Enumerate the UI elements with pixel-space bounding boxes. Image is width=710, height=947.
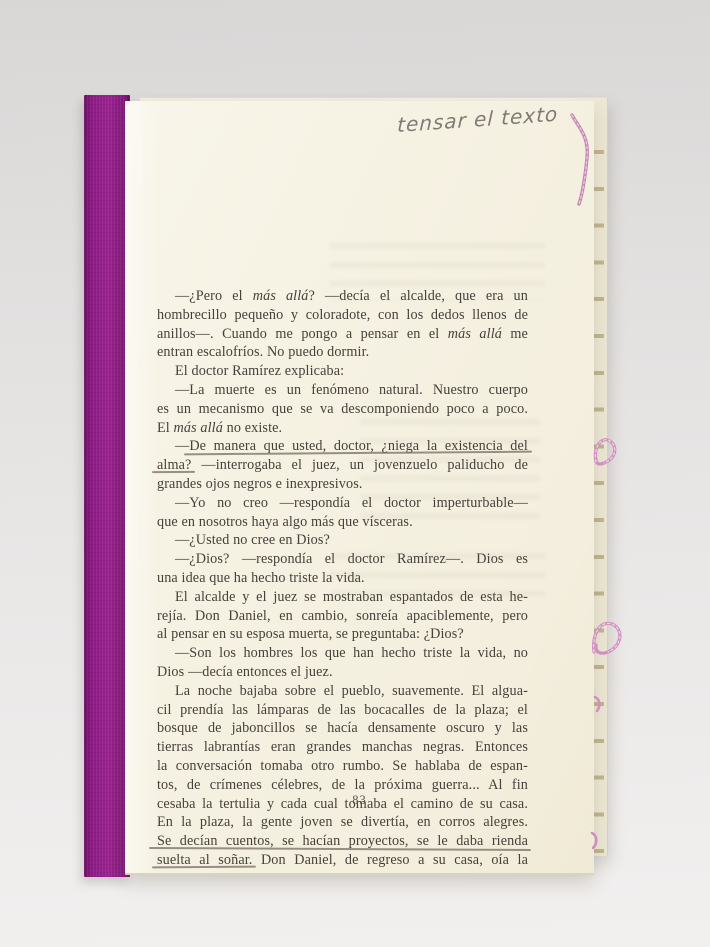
text-segment: que en nosotros haya algo más que víscer… [157,514,413,530]
text-segment: Don Daniel, de regreso a su casa, oía la [252,852,528,868]
text-line: —La muerte es un fenómeno natural. Nuest… [157,381,528,400]
book-page: tensar el texto —¿Pero el más allá? —dec… [125,101,594,873]
text-segment: —¿Dios? —respondía el doctor Ramírez—. D… [175,551,528,567]
text-segment: no existe. [223,420,282,436]
text-segment: cil prendía las lámparas de las bocacall… [157,702,528,718]
pencil-underlined-text: De manera que usted, doctor, ¿niega la e… [189,438,528,454]
text-segment: más allá [253,288,309,304]
text-segment: El doctor Ramírez explicaba: [175,363,344,379]
text-line: tierras labrantías eran grandes manchas … [157,738,528,757]
text-segment: tierras labrantías eran grandes manchas … [157,739,528,755]
text-segment: —interrogaba el juez, un jovenzuelo pali… [191,457,528,473]
text-line: anillos—. Cuando me pongo a pensar en el… [157,325,528,344]
text-segment: —La muerte es un fenómeno natural. Nuest… [175,382,528,398]
text-line: Se decían cuentos, se hacían proyectos, … [157,832,528,851]
text-line: En la plaza, la gente joven se divertía,… [157,813,528,832]
text-line: El doctor Ramírez explicaba: [157,362,528,381]
text-line: entran escalofríos. No puedo dormir. [157,343,528,362]
text-segment: El alcalde y el juez se mostraban espant… [175,589,528,605]
text-line: rejía. Don Daniel, en cambio, sonreía ap… [157,607,528,626]
text-segment: En la plaza, la gente joven se divertía,… [157,814,528,830]
text-line: —¿Usted no cree en Dios? [157,531,528,550]
text-segment: una idea que ha hecho triste la vida. [157,570,365,586]
text-line: es un mecanismo que se va descomponiendo… [157,400,528,419]
text-line: la conversación tomaba otro rumbo. Se ha… [157,757,528,776]
text-segment: La noche bajaba sobre el pueblo, suaveme… [175,683,528,699]
text-segment: — [175,438,189,454]
page-number: 83 [125,793,594,808]
text-line: bosque de jaboncillos se hacía densament… [157,719,528,738]
text-line: una idea que ha hecho triste la vida. [157,569,528,588]
photo-background: tensar el texto —¿Pero el más allá? —dec… [0,0,710,947]
text-segment: es un mecanismo que se va descomponiendo… [157,401,528,417]
text-segment: tos, de crímenes célebres, de la próxima… [157,777,528,793]
text-line: El más allá no existe. [157,419,528,438]
text-segment: al pensar en su esposa muerta, se pregun… [157,626,464,642]
text-segment: —Yo no creo —respondía el doctor impertu… [175,495,528,511]
handwritten-note: tensar el texto [397,99,597,137]
text-segment: me [502,326,528,342]
text-segment: —¿Pero el [175,288,253,304]
text-line: —¿Pero el más allá? —decía el alcalde, q… [157,287,528,306]
text-segment: más allá [448,326,502,342]
text-line: —De manera que usted, doctor, ¿niega la … [157,437,528,456]
text-line: tos, de crímenes célebres, de la próxima… [157,776,528,795]
text-line: —Son los hombres los que han hecho trist… [157,644,528,663]
text-line: La noche bajaba sobre el pueblo, suaveme… [157,682,528,701]
text-line: —Yo no creo —respondía el doctor impertu… [157,494,528,513]
text-line: suelta al soñar. Don Daniel, de regreso … [157,851,528,870]
text-segment: bosque de jaboncillos se hacía densament… [157,720,528,736]
book-spine-cloth [84,95,130,877]
text-segment: anillos—. Cuando me pongo a pensar en el [157,326,448,342]
text-line: al pensar en su esposa muerta, se pregun… [157,625,528,644]
text-segment: la conversación tomaba otro rumbo. Se ha… [157,758,528,774]
text-line: El alcalde y el juez se mostraban espant… [157,588,528,607]
text-line: —¿Dios? —respondía el doctor Ramírez—. D… [157,550,528,569]
text-segment: ? —decía el alcalde, que era un [309,288,528,304]
text-segment: grandes ojos negros e inexpresivos. [157,476,363,492]
text-segment: Se decían cuentos, se hacían proyectos, … [157,833,528,849]
text-segment: hombrecillo pequeño y coloradote, con lo… [157,307,528,323]
text-line: hombrecillo pequeño y coloradote, con lo… [157,306,528,325]
text-segment: Dios —decía entonces el juez. [157,664,333,680]
text-segment: —Son los hombres los que han hecho trist… [175,645,528,661]
text-segment: —¿Usted no cree en Dios? [175,532,330,548]
text-line: Dios —decía entonces el juez. [157,663,528,682]
text-segment: rejía. Don Daniel, en cambio, sonreía ap… [157,608,528,624]
text-line: que en nosotros haya algo más que víscer… [157,513,528,532]
text-line: cil prendía las lámparas de las bocacall… [157,701,528,720]
pencil-underlined-text: alma? [157,457,191,473]
text-line: alma? —interrogaba el juez, un jovenzuel… [157,456,528,475]
pencil-underlined-text: suelta al soñar. [157,852,252,868]
text-block: —¿Pero el más allá? —decía el alcalde, q… [157,287,528,870]
text-segment: El [157,420,174,436]
text-segment: entran escalofríos. No puedo dormir. [157,344,369,360]
text-segment: más allá [174,420,223,436]
text-line: grandes ojos negros e inexpresivos. [157,475,528,494]
